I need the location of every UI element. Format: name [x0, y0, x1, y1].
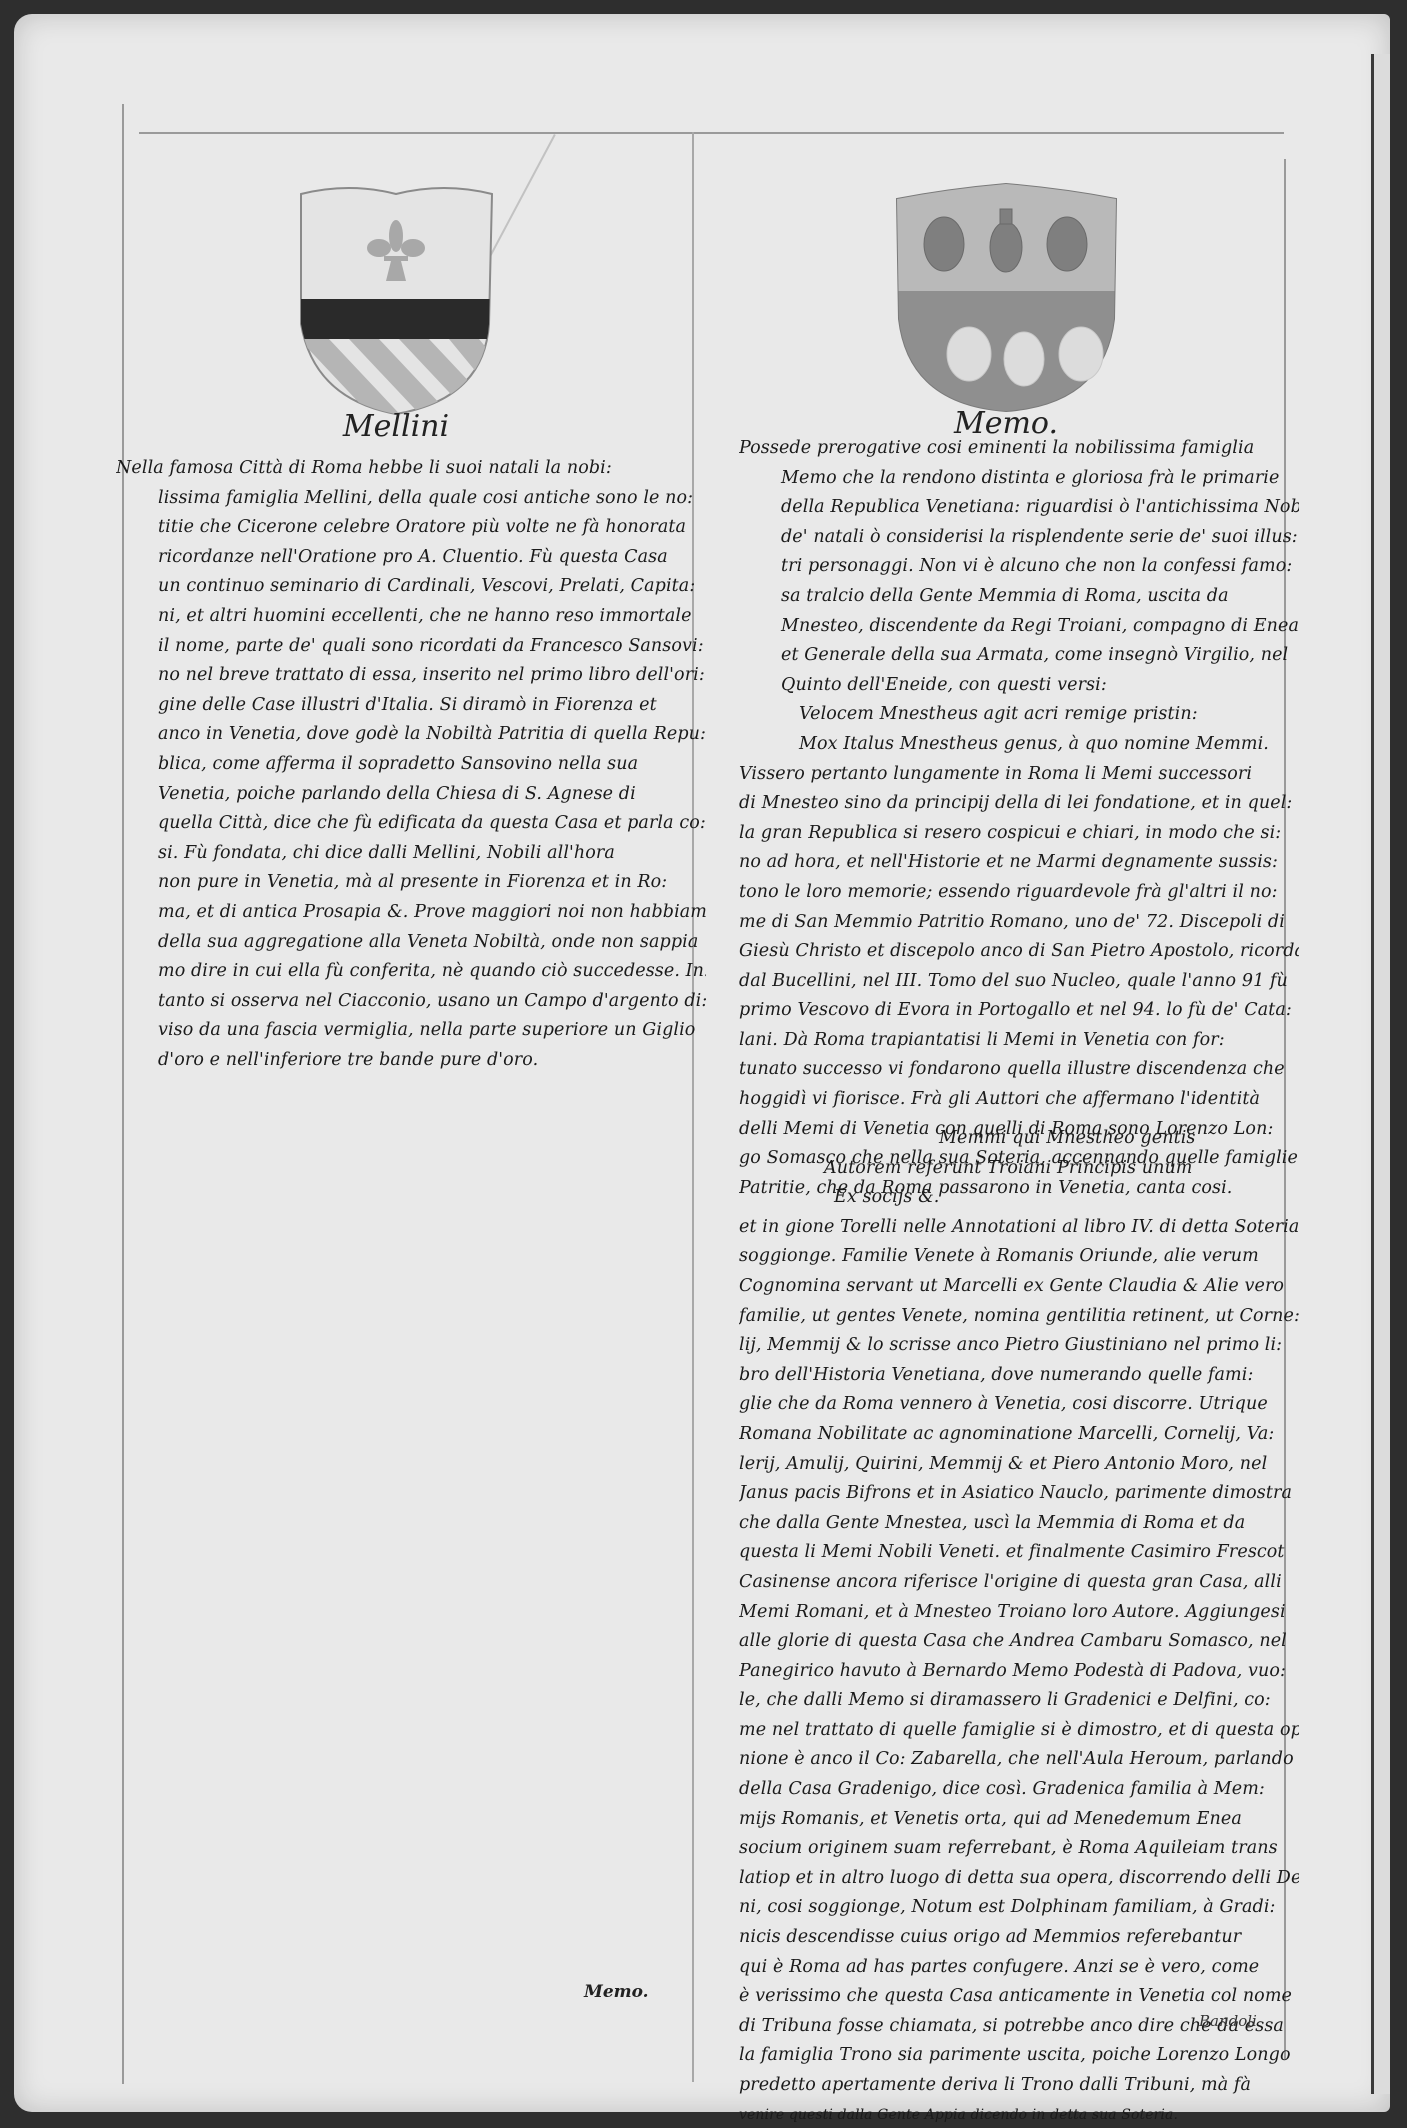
signature: Bandoli: [1199, 2012, 1257, 2030]
text-line: mijs Romanis, et Venetis orta, qui ad Me…: [739, 1805, 1299, 1835]
text-line: me nel trattato di quelle famiglie si è …: [739, 1716, 1299, 1746]
verse-line: Memmi qui Mnestheo gentis: [739, 1124, 1299, 1154]
text-line: quella Città, dice che fù edificata da q…: [116, 809, 706, 839]
text-line: non pure in Venetia, mà al presente in F…: [116, 868, 706, 898]
page-edge: [1371, 54, 1390, 2094]
text-line: soggionge. Familie Venete à Romanis Oriu…: [739, 1242, 1299, 1272]
text-line: il nome, parte de' quali sono ricordati …: [116, 632, 706, 662]
text-line: blica, come afferma il sopradetto Sansov…: [116, 750, 706, 780]
text-line: tunato successo vi fondarono quella illu…: [739, 1055, 1299, 1085]
text-line: socium originem suam referrebant, è Roma…: [739, 1834, 1299, 1864]
text-line: che dalla Gente Mnestea, uscì la Memmia …: [739, 1509, 1299, 1539]
text-line: gine delle Case illustri d'Italia. Si di…: [116, 691, 706, 721]
text-line: Mnesteo, discendente da Regi Troiani, co…: [739, 612, 1299, 642]
verse-line: Ex socijs &.: [739, 1183, 1299, 1213]
text-line: questa li Memi Nobili Veneti. et finalme…: [739, 1538, 1299, 1568]
text-line: familie, ut gentes Venete, nomina gentil…: [739, 1302, 1299, 1332]
text-line: Panegirico havuto à Bernardo Memo Podest…: [739, 1657, 1299, 1687]
column-divider: [692, 132, 694, 2082]
text-line: Memi Romani, et à Mnesteo Troiano loro A…: [739, 1598, 1299, 1628]
text-line: tanto si osserva nel Ciacconio, usano un…: [116, 987, 706, 1017]
text-line: anco in Venetia, dove godè la Nobiltà Pa…: [116, 720, 706, 750]
memo-text-column-continued: Memmi qui Mnestheo gentis Autorem referu…: [739, 1124, 1299, 2128]
text-line: la famiglia Trono sia parimente uscita, …: [739, 2041, 1299, 2071]
text-line: Vissero pertanto lungamente in Roma li M…: [739, 760, 1299, 790]
text-line: Venetia, poiche parlando della Chiesa di…: [116, 780, 706, 810]
verse-line: Velocem Mnestheus agit acri remige prist…: [739, 700, 1299, 730]
text-line: Romana Nobilitate ac agnominatione Marce…: [739, 1420, 1299, 1450]
text-line: Cognomina servant ut Marcelli ex Gente C…: [739, 1272, 1299, 1302]
text-line: venire questi dalla Gente Appia dicendo …: [739, 2101, 1299, 2128]
text-line: de' natali ò considerisi la risplendente…: [739, 523, 1299, 553]
text-line: nione è anco il Co: Zabarella, che nell'…: [739, 1745, 1299, 1775]
memo-coat-of-arms-icon: [889, 179, 1124, 418]
text-line: la gran Republica si resero cospicui e c…: [739, 819, 1299, 849]
text-line: tri personaggi. Non vi è alcuno che non …: [739, 552, 1299, 582]
text-line: primo Vescovo di Evora in Portogallo et …: [739, 996, 1299, 1026]
ruled-line-left: [122, 104, 124, 2084]
text-line: ricordanze nell'Oratione pro A. Cluentio…: [116, 543, 706, 573]
text-line: Casinense ancora riferisce l'origine di …: [739, 1568, 1299, 1598]
text-line: viso da una fascia vermiglia, nella part…: [116, 1016, 706, 1046]
text-line: ni, cosi soggionge, Notum est Dolphinam …: [739, 1893, 1299, 1923]
text-line: Janus pacis Bifrons et in Asiatico Naucl…: [739, 1479, 1299, 1509]
text-line: me di San Memmio Patritio Romano, uno de…: [739, 908, 1299, 938]
text-line: Memo che la rendono distinta e gloriosa …: [739, 464, 1299, 494]
text-line: bro dell'Historia Venetiana, dove numera…: [739, 1361, 1299, 1391]
text-line: Possede prerogative cosi eminenti la nob…: [739, 434, 1299, 464]
text-line: Giesù Christo et discepolo anco di San P…: [739, 937, 1299, 967]
text-line: mo dire in cui ella fù conferita, nè qua…: [116, 957, 706, 987]
text-line: glie che da Roma vennero à Venetia, cosi…: [739, 1390, 1299, 1420]
text-line: no ad hora, et nell'Historie et ne Marmi…: [739, 848, 1299, 878]
text-line: lissima famiglia Mellini, della quale co…: [116, 484, 706, 514]
text-line: et in gione Torelli nelle Annotationi al…: [739, 1213, 1299, 1243]
text-line: titie che Cicerone celebre Oratore più v…: [116, 513, 706, 543]
text-line: di Mnesteo sino da principij della di le…: [739, 789, 1299, 819]
text-line: Nella famosa Città di Roma hebbe li suoi…: [116, 454, 706, 484]
text-line: si. Fù fondata, chi dice dalli Mellini, …: [116, 839, 706, 869]
text-line: ni, et altri huomini eccellenti, che ne …: [116, 602, 706, 632]
verse-line: Mox Italus Mnestheus genus, à quo nomine…: [739, 730, 1299, 760]
mellini-coat-of-arms-icon: [289, 174, 504, 423]
heading-mellini: Mellini: [246, 409, 546, 444]
mellini-text-column: Nella famosa Città di Roma hebbe li suoi…: [116, 454, 706, 1075]
text-line: ma, et di antica Prosapia &. Prove maggi…: [116, 898, 706, 928]
text-line: latiop et in altro luogo di detta sua op…: [739, 1864, 1299, 1894]
verse-line: Autorem referunt Troiani Principis unum: [739, 1154, 1299, 1184]
text-line: della Republica Venetiana: riguardisi ò …: [739, 493, 1299, 523]
text-line: nicis descendisse cuius origo ad Memmios…: [739, 1923, 1299, 1953]
manuscript-page: Mellini Memo.: [14, 14, 1390, 2112]
text-line: della Casa Gradenigo, dice così. Gradeni…: [739, 1775, 1299, 1805]
text-line: Quinto dell'Eneide, con questi versi:: [739, 671, 1299, 701]
text-line: un continuo seminario di Cardinali, Vesc…: [116, 572, 706, 602]
text-line: alle glorie di questa Casa che Andrea Ca…: [739, 1627, 1299, 1657]
text-line: le, che dalli Memo si diramassero li Gra…: [739, 1686, 1299, 1716]
catchword: Memo.: [584, 1982, 649, 2002]
text-line: è verissimo che questa Casa anticamente …: [739, 1982, 1299, 2012]
text-line: lij, Memmij & lo scrisse anco Pietro Giu…: [739, 1331, 1299, 1361]
text-line: lerij, Amulij, Quirini, Memmij & et Pier…: [739, 1450, 1299, 1480]
text-line: lani. Dà Roma trapiantatisi li Memi in V…: [739, 1026, 1299, 1056]
text-line: sa tralcio della Gente Memmia di Roma, u…: [739, 582, 1299, 612]
text-line: tono le loro memorie; essendo riguardevo…: [739, 878, 1299, 908]
text-line: della sua aggregatione alla Veneta Nobil…: [116, 928, 706, 958]
text-line: no nel breve trattato di essa, inserito …: [116, 661, 706, 691]
text-line: d'oro e nell'inferiore tre bande pure d'…: [116, 1046, 706, 1076]
text-line: et Generale della sua Armata, come inseg…: [739, 641, 1299, 671]
text-line: qui è Roma ad has partes confugere. Anzi…: [739, 1953, 1299, 1983]
text-line: dal Bucellini, nel III. Tomo del suo Nuc…: [739, 967, 1299, 997]
text-line: predetto apertamente deriva li Trono dal…: [739, 2071, 1299, 2101]
text-line: hoggidì vi fiorisce. Frà gli Auttori che…: [739, 1085, 1299, 1115]
ruled-line-top: [139, 132, 1284, 134]
memo-text-column: Possede prerogative cosi eminenti la nob…: [739, 434, 1299, 1203]
